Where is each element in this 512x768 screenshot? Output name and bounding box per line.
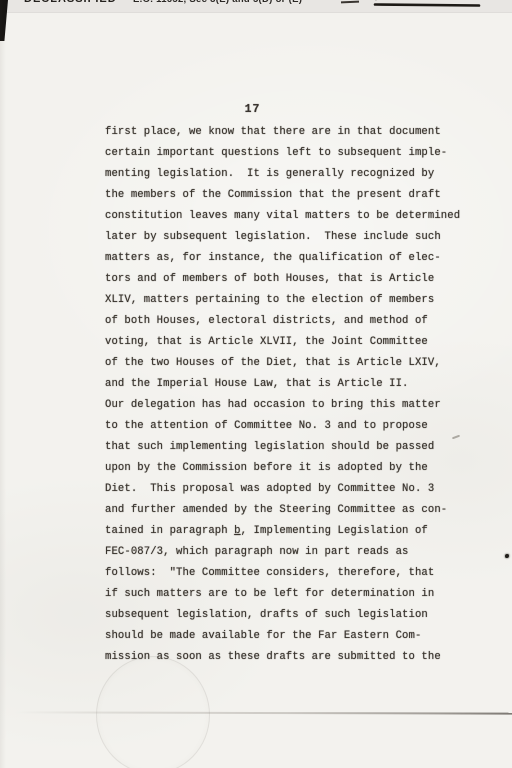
handwritten-note [372, 0, 484, 14]
text-line: constitution leaves many vital matters t… [105, 206, 475, 227]
text-line: and further amended by the Steering Comm… [105, 500, 475, 521]
text-line: XLIV, matters pertaining to the election… [105, 290, 475, 311]
text-line: of the two Houses of the Diet, that is A… [105, 353, 475, 374]
text-line: first place, we know that there are in t… [105, 122, 475, 143]
text-line: subsequent legislation, drafts of such l… [105, 605, 475, 626]
document-body-text: first place, we know that there are in t… [105, 122, 475, 668]
text-line: Our delegation has had occasion to bring… [105, 395, 475, 416]
text-line: the members of the Commission that the p… [105, 185, 475, 206]
declassified-stamp: DECLASSIFIED [24, 0, 117, 5]
text-line: and the Imperial House Law, that is Arti… [105, 374, 475, 395]
text-line: later by subsequent legislation. These i… [105, 227, 475, 248]
text-line: should be made available for the Far Eas… [105, 626, 475, 647]
text-line: that such implementing legislation shoul… [105, 437, 475, 458]
paper-bottom-edge [14, 711, 512, 714]
executive-order-stamp: E.O. 11652, Sec 3(E) and 5(D) or (E) [133, 0, 302, 5]
text-line: FEC-087/3, which paragraph now in part r… [105, 542, 475, 563]
ink-dot [505, 554, 509, 558]
text-line: tained in paragraph b, Implementing Legi… [105, 521, 475, 542]
text-line: to the attention of Committee No. 3 and … [105, 416, 475, 437]
underlined-text: b [234, 525, 240, 537]
text-line: menting legislation. It is generally rec… [105, 164, 475, 185]
scanned-document-page: DECLASSIFIED E.O. 11652, Sec 3(E) and 5(… [0, 0, 512, 768]
text-line: tors and of members of both Houses, that… [105, 269, 475, 290]
handwriting-scribble-icon [372, 0, 484, 9]
text-line: follows: "The Committee considers, there… [105, 563, 475, 584]
text-line: of both Houses, electoral districts, and… [105, 311, 475, 332]
text-line: upon by the Commission before it is adop… [105, 458, 475, 479]
text-line: matters as, for instance, the qualificat… [105, 248, 475, 269]
text-line: certain important questions left to subs… [105, 143, 475, 164]
text-line: voting, that is Article XLVII, the Joint… [105, 332, 475, 353]
text-line: if such matters are to be left for deter… [105, 584, 475, 605]
text-line: Diet. This proposal was adopted by Commi… [105, 479, 475, 500]
page-number: 17 [0, 103, 505, 116]
